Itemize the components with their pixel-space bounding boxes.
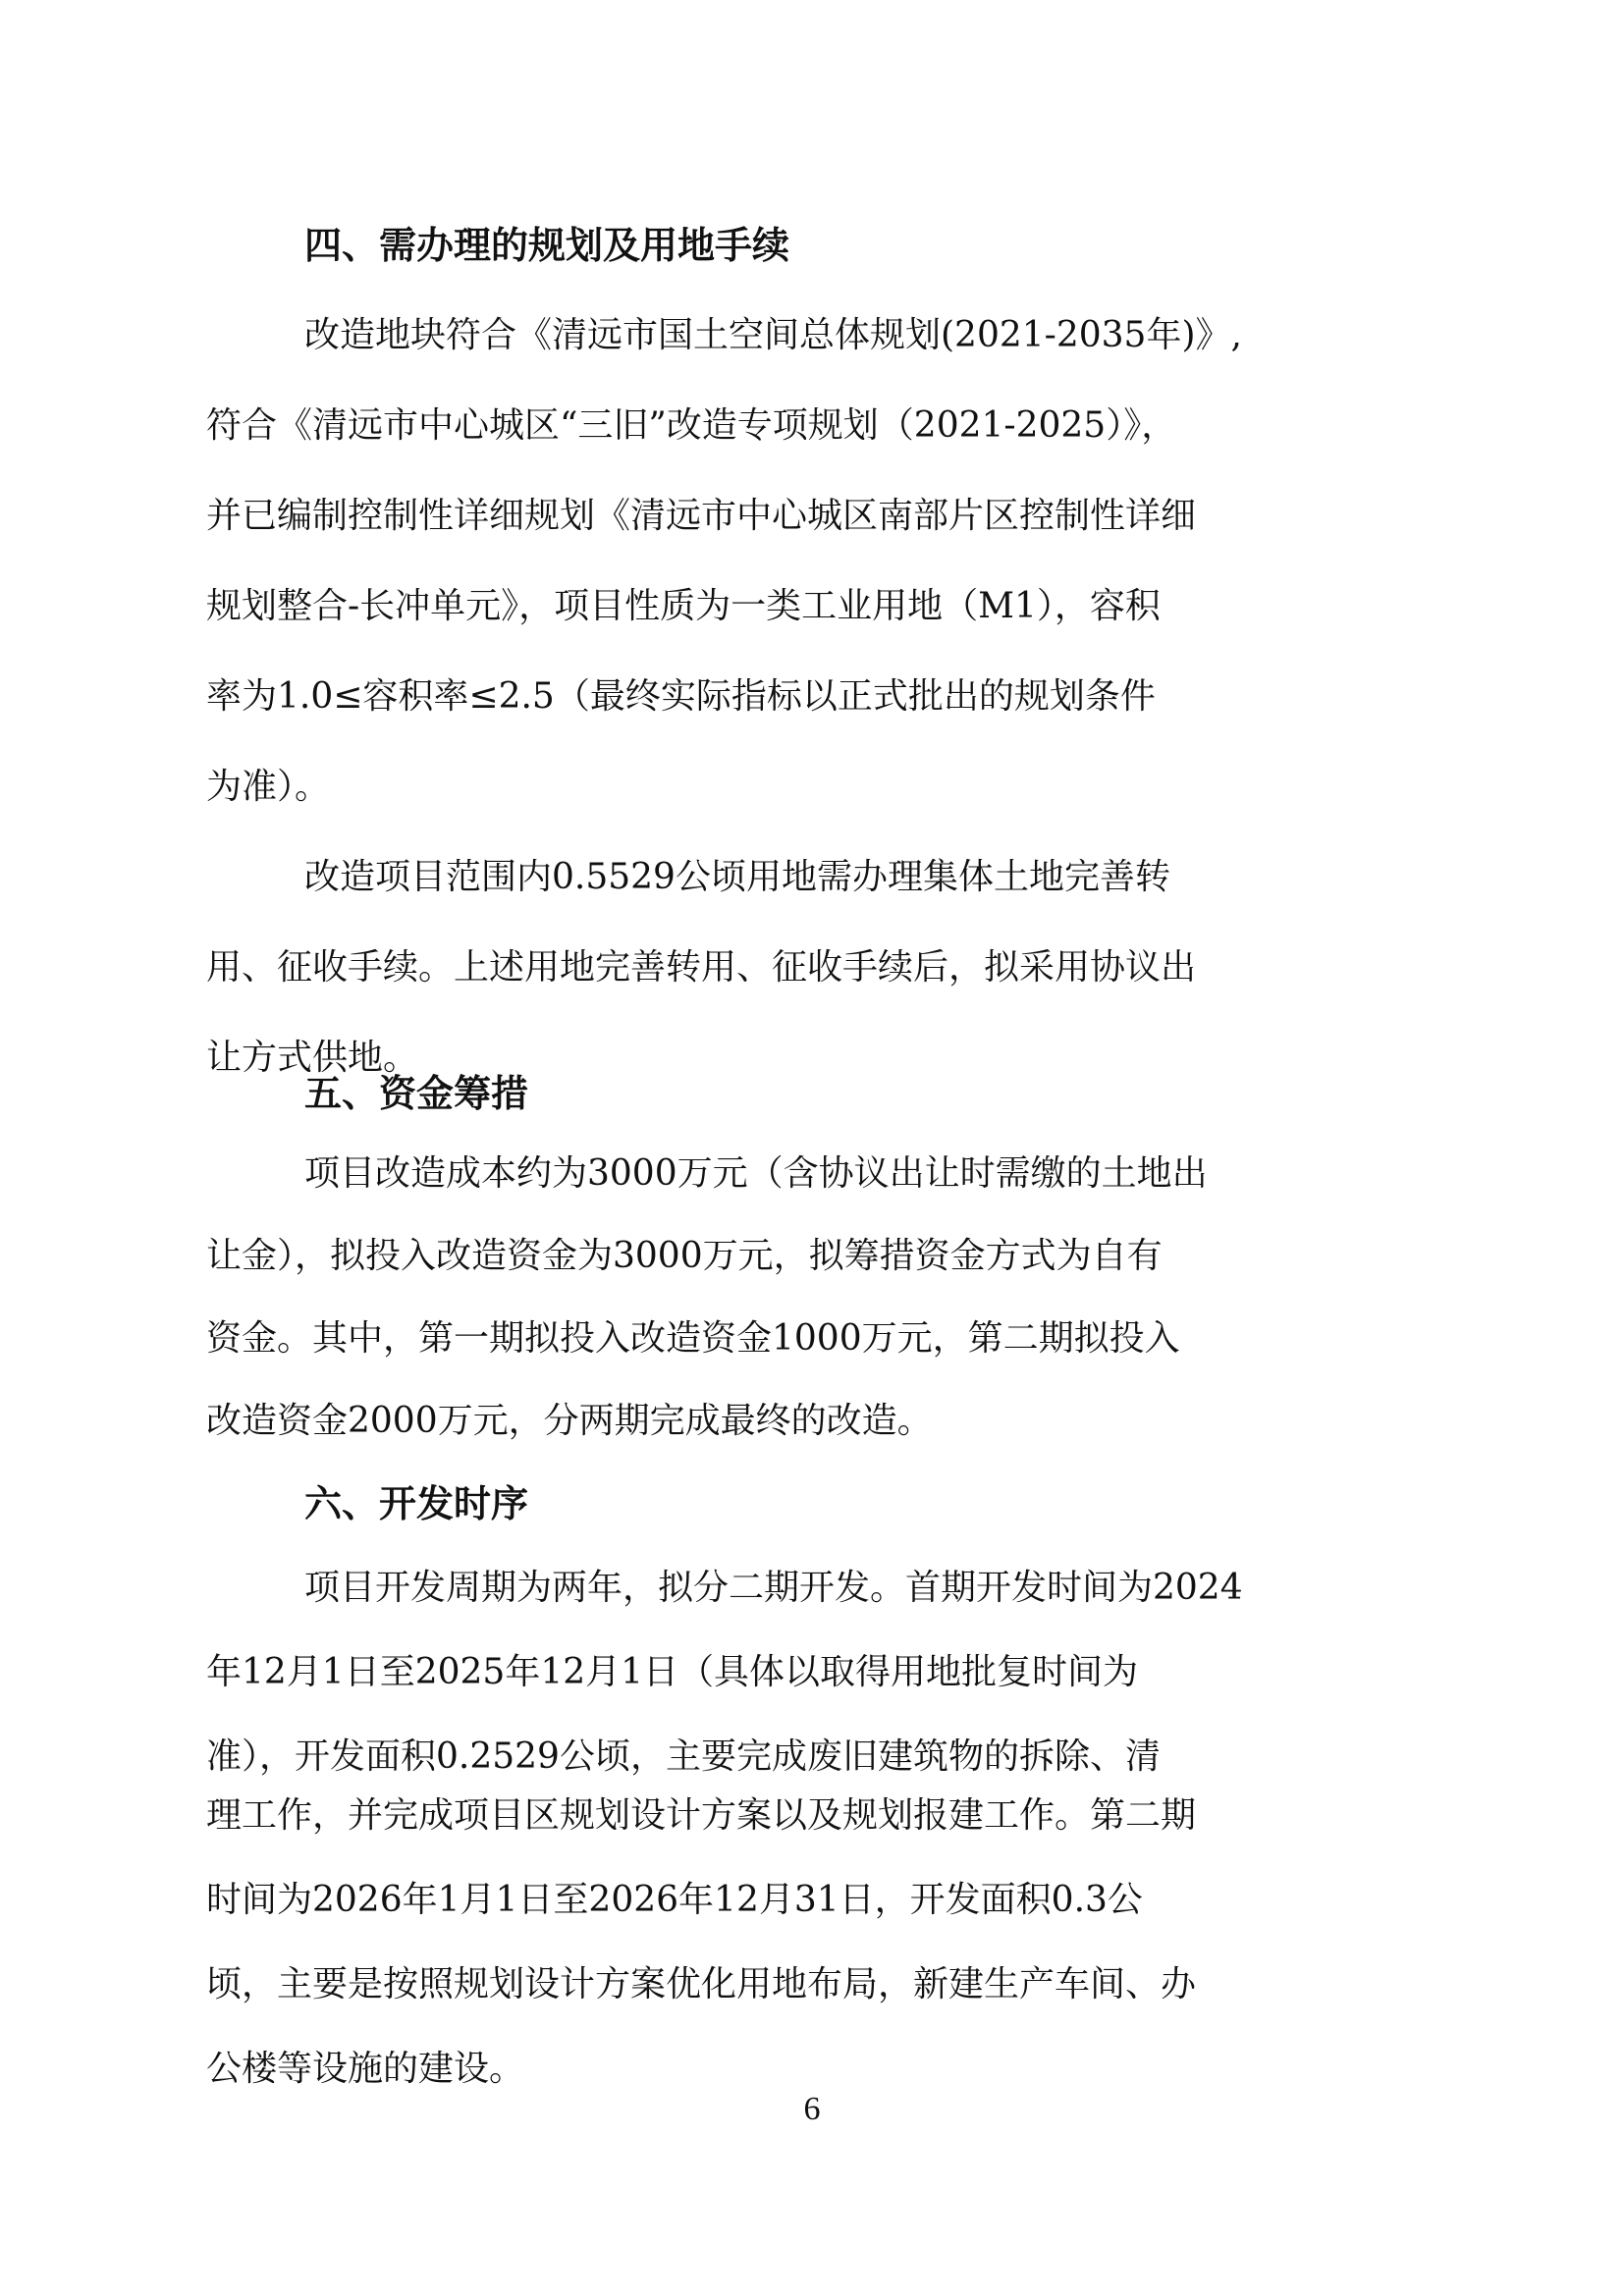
paragraph-line: 项目开发周期为两年，拟分二期开发。首期开发时间为2024 [304, 1565, 1243, 1612]
paragraph-line: 公楼等设施的建设。 [206, 2046, 524, 2093]
paragraph-line: 率为1.0≤容积率≤2.5（最终实际指标以正式批出的规划条件 [206, 673, 1156, 721]
paragraph-line: 为准）。 [206, 764, 330, 811]
section-heading-5: 五、资金筹措 [304, 1070, 528, 1117]
paragraph-line: 年12月1日至2025年12月1日（具体以取得用地批复时间为 [206, 1649, 1138, 1696]
paragraph-line: 改造资金2000万元，分两期完成最终的改造。 [206, 1398, 933, 1445]
paragraph-line: 符合《清远市中心城区“三旧”改造专项规划（2021-2025）》， [206, 402, 1176, 450]
paragraph-line: 项目改造成本约为3000万元（含协议出让时需缴的土地出 [304, 1150, 1208, 1198]
section-heading-6: 六、开发时序 [304, 1480, 528, 1527]
paragraph-line: 规划整合-长冲单元》，项目性质为一类工业用地（M1），容积 [206, 583, 1161, 630]
paragraph-line: 改造地块符合《清远市国土空间总体规划(2021-2035年)》, [304, 312, 1242, 359]
paragraph-line: 并已编制控制性详细规划《清远市中心城区南部片区控制性详细 [206, 493, 1196, 540]
paragraph-line: 改造项目范围内0.5529公顷用地需办理集体土地完善转 [304, 854, 1170, 901]
paragraph-line: 理工作，并完成项目区规划设计方案以及规划报建工作。第二期 [206, 1792, 1196, 1840]
paragraph-line: 时间为2026年1月1日至2026年12月31日，开发面积0.3公 [206, 1877, 1143, 1924]
paragraph-line: 资金。其中，第一期拟投入改造资金1000万元，第二期拟投入 [206, 1315, 1180, 1362]
paragraph-line: 让金），拟投入改造资金为3000万元，拟筹措资金方式为自有 [206, 1233, 1163, 1280]
paragraph-line: 顷，主要是按照规划设计方案优化用地布局，新建生产车间、办 [206, 1961, 1196, 2008]
page-number: 6 [0, 2091, 1624, 2128]
section-heading-4: 四、需办理的规划及用地手续 [304, 222, 789, 269]
paragraph-line: 用、征收手续。上述用地完善转用、征收手续后，拟采用协议出 [206, 944, 1196, 991]
paragraph-line: 准），开发面积0.2529公顷，主要完成废旧建筑物的拆除、清 [206, 1734, 1161, 1781]
